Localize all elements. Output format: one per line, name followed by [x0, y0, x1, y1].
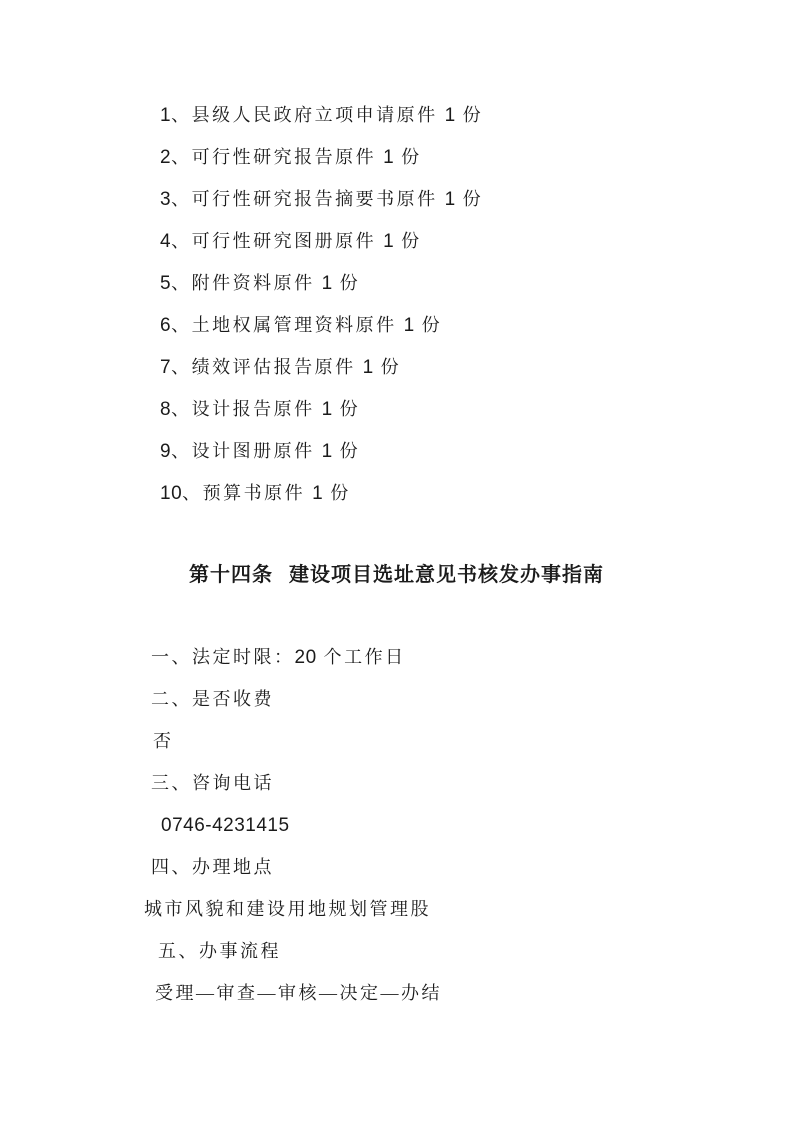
attachment-item-7: 7、绩效评估报告原件 1 份	[144, 346, 649, 388]
attachment-item-1: 1、县级人民政府立项申请原件 1 份	[144, 94, 649, 136]
location-label-line: 四、办理地点	[144, 846, 649, 888]
attachment-item-9: 9、设计图册原件 1 份	[144, 430, 649, 472]
attachment-item-3: 3、可行性研究报告摘要书原件 1 份	[144, 178, 649, 220]
process-label-line: 五、办事流程	[144, 930, 649, 972]
phone-label-line: 三、咨询电话	[144, 762, 649, 804]
document-page: 1、县级人民政府立项申请原件 1 份 2、可行性研究报告原件 1 份 3、可行性…	[0, 0, 793, 1122]
location-value-line: 城市风貌和建设用地规划管理股	[144, 888, 649, 930]
attachment-item-10: 10、预算书原件 1 份	[144, 472, 649, 514]
attachment-item-4: 4、可行性研究图册原件 1 份	[144, 220, 649, 262]
attachment-item-5: 5、附件资料原件 1 份	[144, 262, 649, 304]
attachment-item-6: 6、土地权属管理资料原件 1 份	[144, 304, 649, 346]
legal-time-limit-line: 一、法定时限：20 个工作日	[144, 636, 649, 678]
fee-question-line: 二、是否收费	[144, 678, 649, 720]
attachment-item-8: 8、设计报告原件 1 份	[144, 388, 649, 430]
process-value-line: 受理—审查—审核—决定—办结	[144, 972, 649, 1014]
attachment-item-2: 2、可行性研究报告原件 1 份	[144, 136, 649, 178]
article-heading: 第十四条 建设项目选址意见书核发办事指南	[144, 554, 649, 596]
fee-answer-line: 否	[144, 720, 649, 762]
phone-number-line: 0746-4231415	[144, 804, 649, 846]
